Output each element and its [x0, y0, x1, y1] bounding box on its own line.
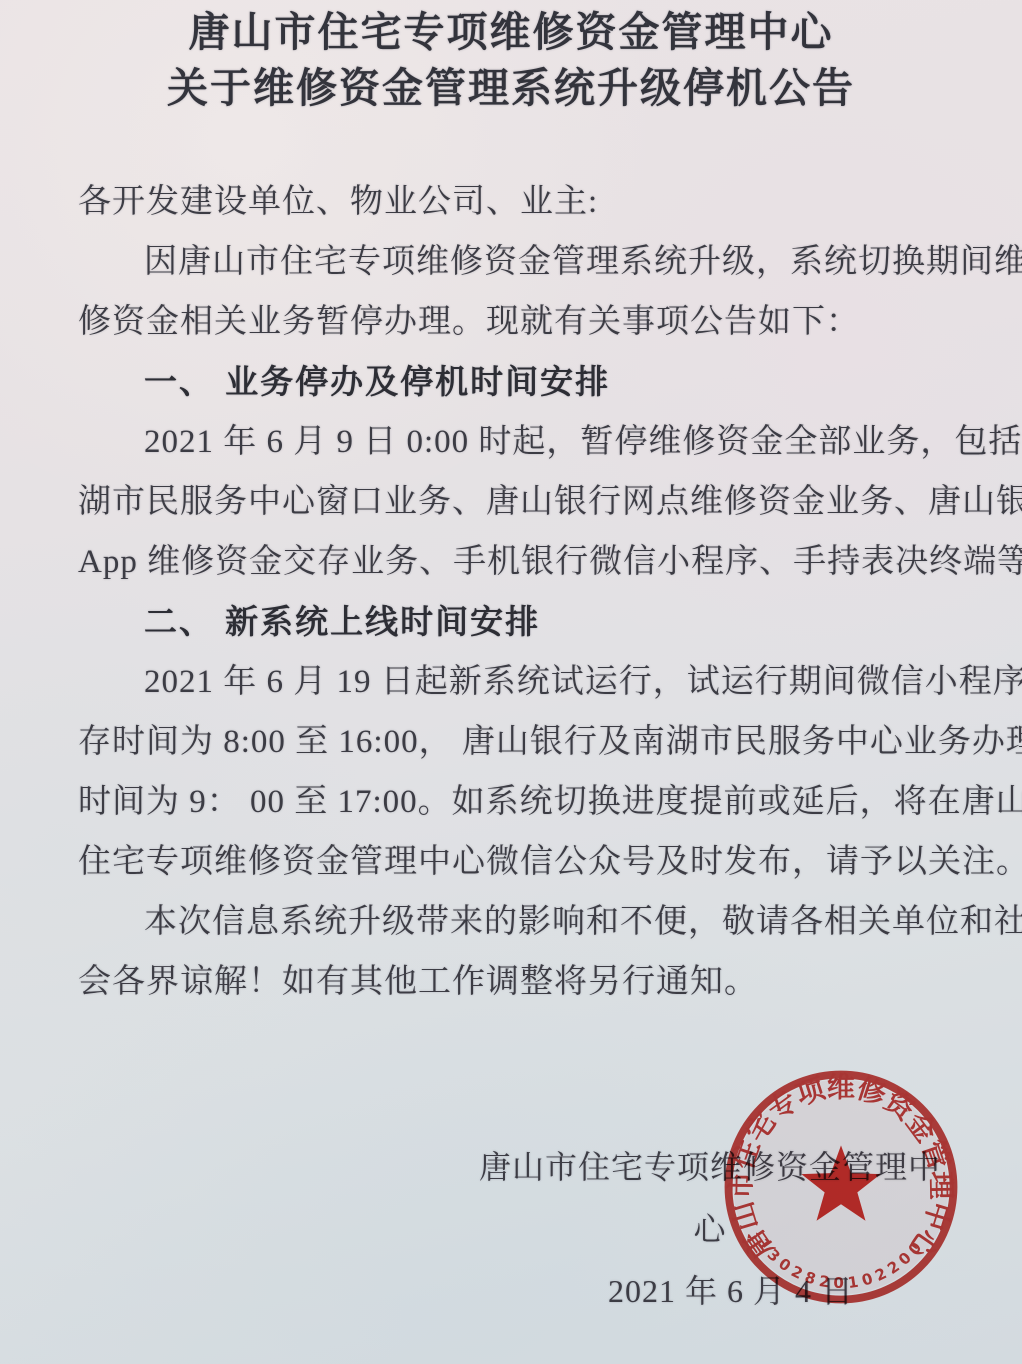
title-line-2: 关于维修资金管理系统升级停机公告: [0, 60, 1022, 116]
paragraph-2-line-1: 2021 年 6 月 9 日 0:00 时起，暂停维修资金全部业务，包括南: [78, 412, 966, 472]
paragraph-1-line-1: 因唐山市住宅专项维修资金管理系统升级，系统切换期间维: [78, 232, 966, 292]
paragraph-3-line-2: 存时间为 8:00 至 16:00， 唐山银行及南湖市民服务中心业务办理: [78, 712, 966, 772]
official-seal: 唐山市住宅专项维修资金管理中心 1302820102200: [716, 1062, 966, 1312]
paragraph-2-line-3: App 维修资金交存业务、手机银行微信小程序、手持表决终端等。: [78, 532, 966, 592]
section-heading-2: 二、 新系统上线时间安排: [78, 592, 966, 652]
paragraph-2-line-2: 湖市民服务中心窗口业务、唐山银行网点维修资金业务、唐山银行: [78, 472, 966, 532]
section-heading-1: 一、 业务停办及停机时间安排: [78, 352, 966, 412]
title-line-1: 唐山市住宅专项维修资金管理中心: [0, 4, 1022, 60]
paragraph-1-line-2: 修资金相关业务暂停办理。现就有关事项公告如下：: [78, 292, 966, 352]
announcement-document: 唐山市住宅专项维修资金管理中心 关于维修资金管理系统升级停机公告 各开发建设单位…: [0, 0, 1022, 1364]
paragraph-4-line-1: 本次信息系统升级带来的影响和不便，敬请各相关单位和社: [78, 892, 966, 952]
paragraph-3-line-1: 2021 年 6 月 19 日起新系统试运行，试运行期间微信小程序交: [78, 652, 966, 712]
paragraph-3-line-4: 住宅专项维修资金管理中心微信公众号及时发布，请予以关注。: [78, 832, 966, 892]
document-body: 各开发建设单位、物业公司、业主: 因唐山市住宅专项维修资金管理系统升级，系统切换…: [78, 172, 966, 1012]
document-title: 唐山市住宅专项维修资金管理中心 关于维修资金管理系统升级停机公告: [0, 4, 1022, 116]
salutation: 各开发建设单位、物业公司、业主:: [78, 172, 966, 232]
paragraph-3-line-3: 时间为 9： 00 至 17:00。如系统切换进度提前或延后，将在唐山市: [78, 772, 966, 832]
paragraph-4-line-2: 会各界谅解！如有其他工作调整将另行通知。: [78, 952, 966, 1012]
